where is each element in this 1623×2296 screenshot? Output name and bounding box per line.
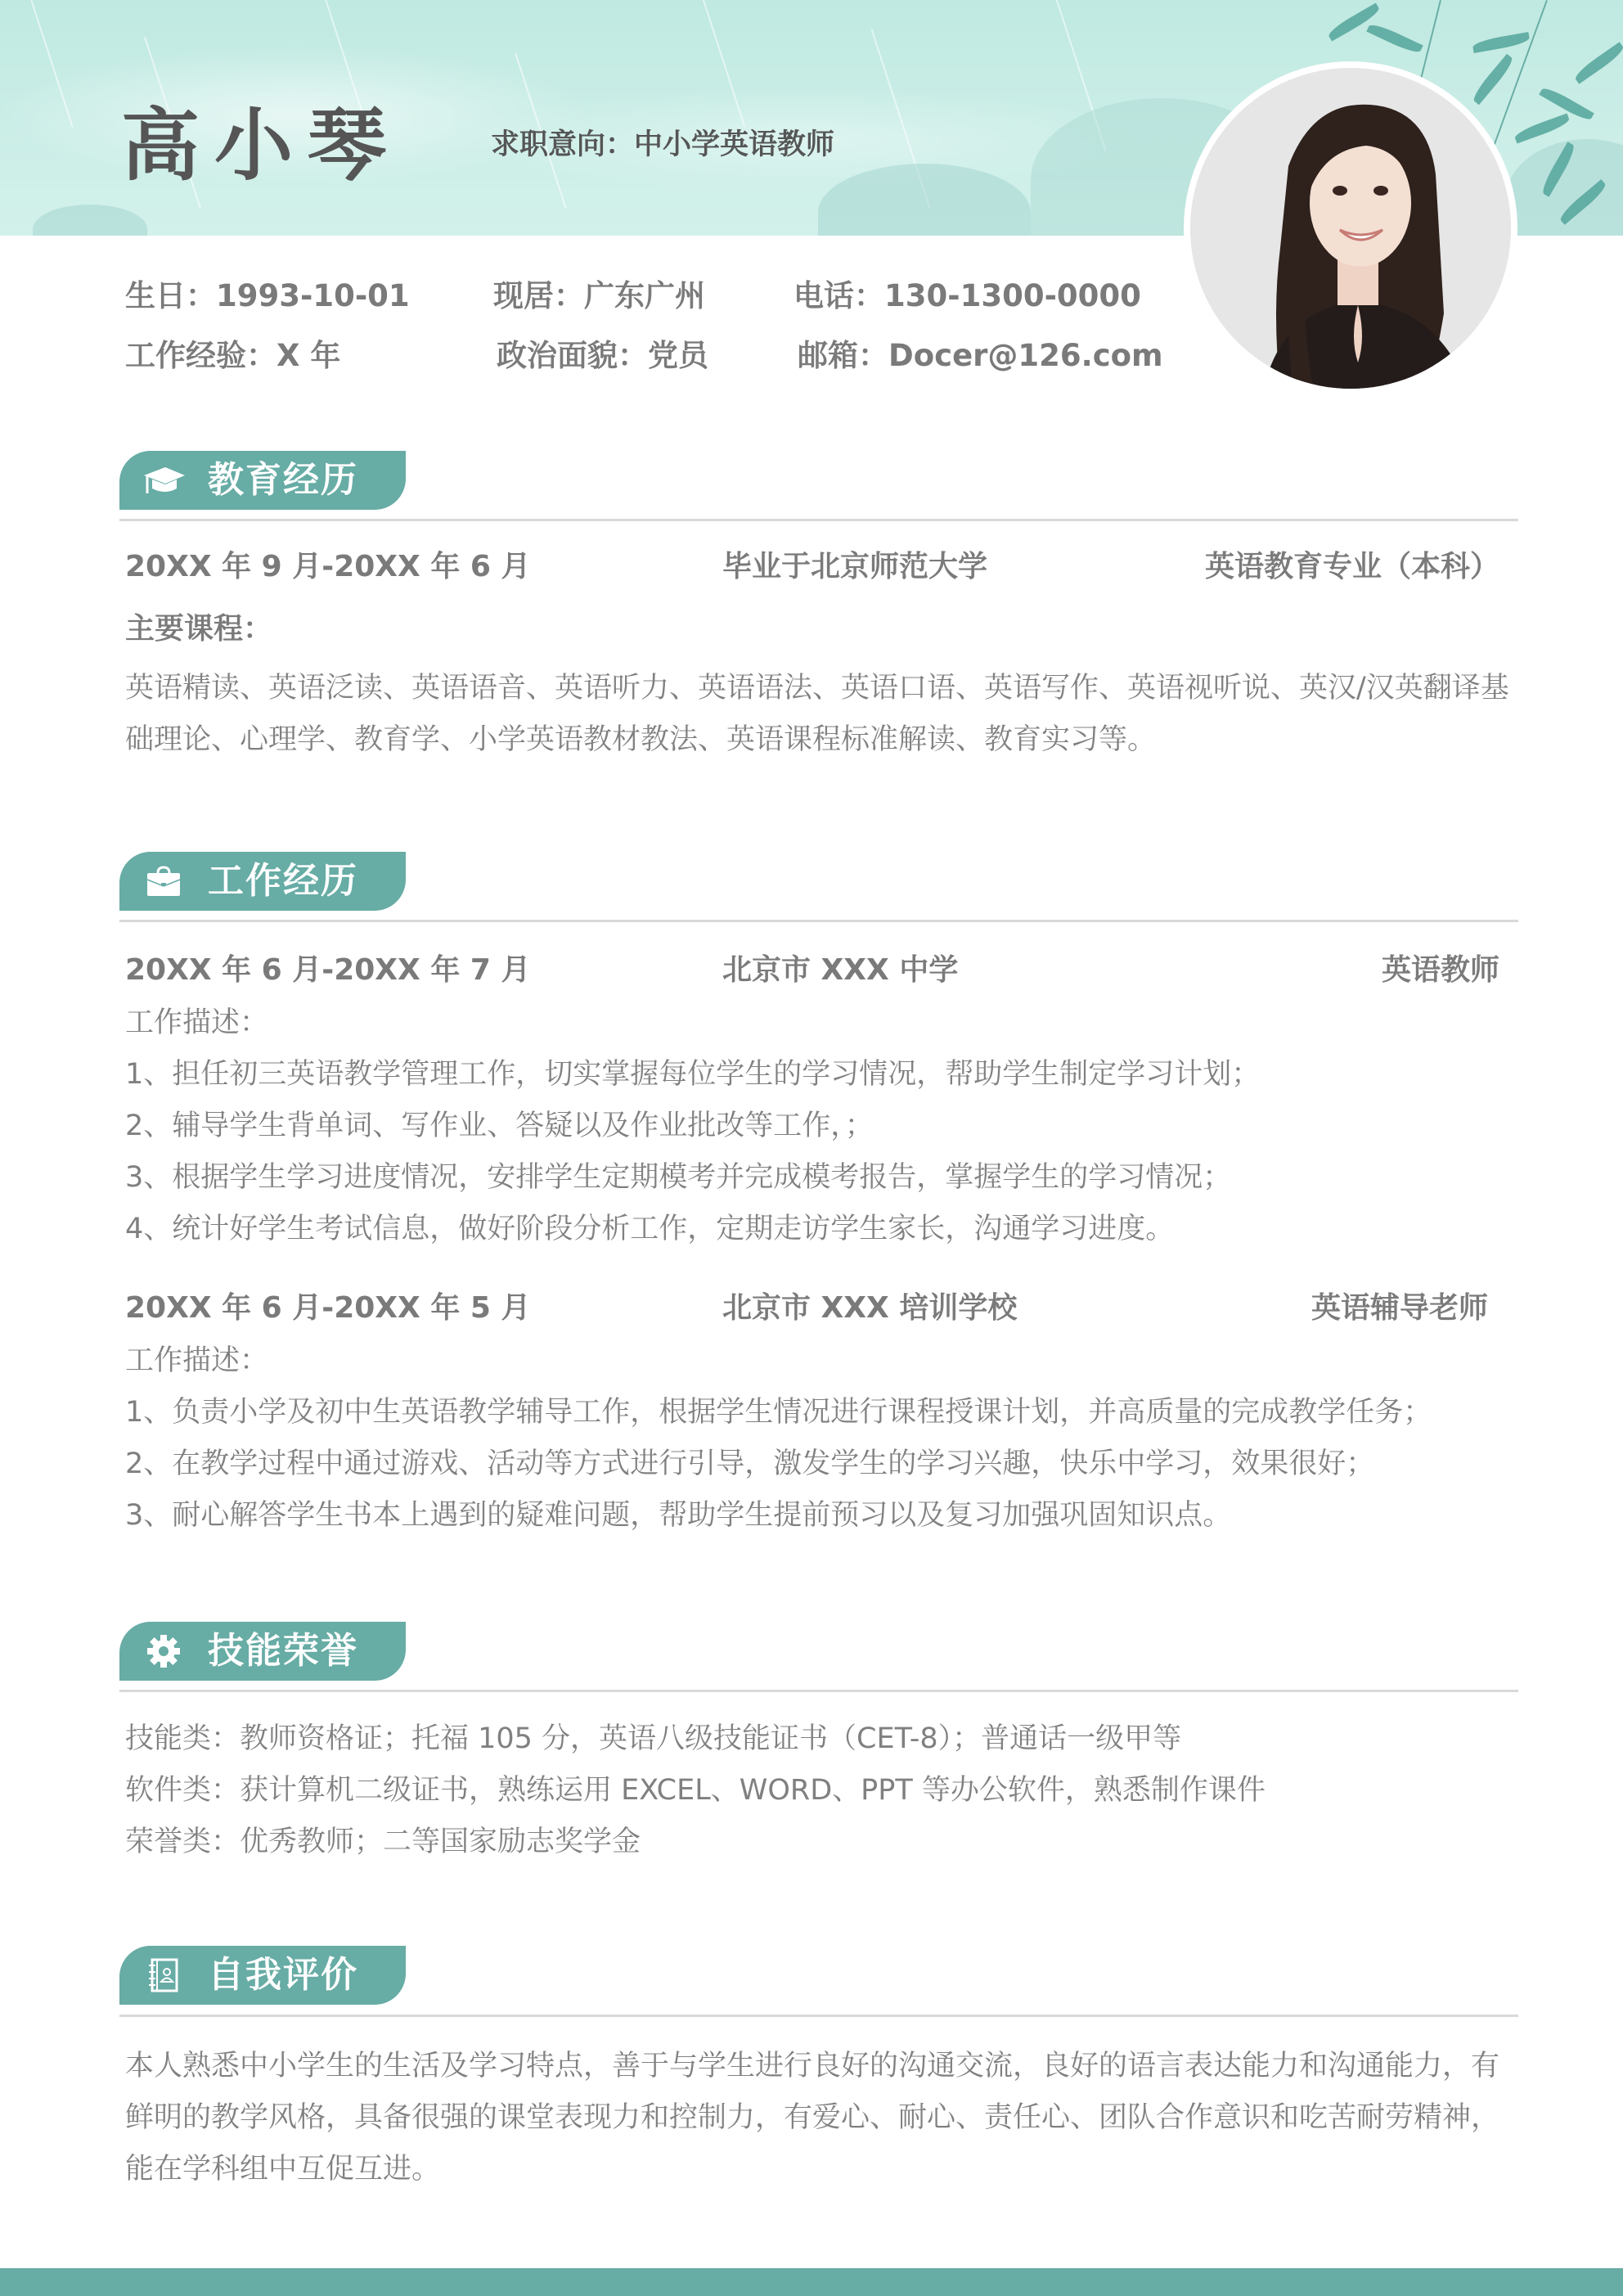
work-desc-label: 工作描述： <box>125 1342 268 1380</box>
footer-bar <box>0 2268 1623 2296</box>
entry-role: 英语教师 <box>1382 952 1499 989</box>
entry-date: 20XX 年 6 月-20XX 年 7 月 <box>125 952 530 989</box>
entry-school: 毕业于北京师范大学 <box>722 548 987 586</box>
section-tab-education: 教育经历 <box>119 451 406 510</box>
leaf-decoration <box>1513 113 1571 143</box>
section-title: 自我评价 <box>208 1946 358 2005</box>
info-political: 政治面貌：党员 <box>497 337 708 375</box>
section-divider <box>119 519 1518 521</box>
leaf-decoration <box>1572 42 1623 84</box>
info-email: 邮箱：Docer@126.com <box>798 337 1163 375</box>
section-tab-skills: 技能荣誉 <box>119 1622 406 1681</box>
graduation-cap-icon <box>139 462 188 498</box>
leaf-decoration <box>1470 54 1516 106</box>
avatar <box>1190 68 1511 389</box>
work-desc-item: 3、根据学生学习进度情况，安排学生定期模考并完成模考报告，掌握学生的学习情况； <box>125 1159 1231 1196</box>
candidate-name: 高小琴 <box>121 97 401 195</box>
info-experience: 工作经验：X 年 <box>125 337 340 375</box>
leaf-decoration <box>1472 32 1530 53</box>
courses-label: 主要课程： <box>125 610 272 648</box>
rain-streak <box>696 0 746 128</box>
work-desc-label: 工作描述： <box>125 1004 268 1042</box>
self-eval-text: 本人熟悉中小学生的生活及学习特点，善于与学生进行良好的沟通交流，良好的语言表达能… <box>125 2041 1516 2195</box>
info-phone: 电话：130-1300-0000 <box>794 277 1141 315</box>
skill-item: 技能类：教师资格证；托福 105 分，英语八级技能证书（CET-8）；普通话一级… <box>125 1720 1181 1758</box>
work-entry: 20XX 年 6 月-20XX 年 5 月 北京市 XXX 培训学校 英语辅导老… <box>125 1290 1499 1327</box>
info-birthday: 生日：1993-10-01 <box>125 277 410 315</box>
education-entry: 20XX 年 9 月-20XX 年 6 月 毕业于北京师范大学 英语教育专业（本… <box>125 548 1499 586</box>
entry-date: 20XX 年 6 月-20XX 年 5 月 <box>125 1290 530 1327</box>
portrait-illustration <box>1190 68 1511 389</box>
entry-role: 英语辅导老师 <box>1311 1290 1488 1327</box>
section-divider <box>119 920 1518 922</box>
work-desc-item: 4、统计好学生考试信息，做好阶段分析工作，定期走访学生家长，沟通学习进度。 <box>125 1210 1174 1248</box>
section-title: 工作经历 <box>208 852 358 911</box>
section-divider <box>119 1690 1518 1692</box>
contact-book-icon <box>139 1957 188 1993</box>
section-tab-self-eval: 自我评价 <box>119 1946 406 2005</box>
leaf-decoration <box>1326 2 1382 41</box>
skill-item: 软件类：获计算机二级证书，熟练运用 EXCEL、WORD、PPT 等办公软件，熟… <box>125 1772 1266 1809</box>
mountain-shape <box>33 205 147 236</box>
work-desc-item: 2、辅导学生背单词、写作业、答疑以及作业批改等工作，； <box>125 1107 874 1145</box>
job-intent: 求职意向：中小学英语教师 <box>491 127 834 163</box>
section-title: 教育经历 <box>208 451 358 510</box>
briefcase-icon <box>139 863 188 899</box>
skill-item: 荣誉类：优秀教师；二等国家励志奖学金 <box>125 1823 641 1861</box>
work-entry: 20XX 年 6 月-20XX 年 7 月 北京市 XXX 中学 英语教师 <box>125 952 1499 989</box>
entry-date: 20XX 年 9 月-20XX 年 6 月 <box>125 548 530 586</box>
entry-org: 北京市 XXX 培训学校 <box>722 1290 1017 1327</box>
leaf-decoration <box>1366 21 1423 56</box>
work-desc-item: 1、负责小学及初中生英语教学辅导工作，根据学生情况进行课程授课计划，并高质量的完… <box>125 1393 1432 1431</box>
work-desc-item: 3、耐心解答学生书本上遇到的疑难问题，帮助学生提前预习以及复习加强巩固知识点。 <box>125 1497 1231 1534</box>
gear-icon <box>139 1633 188 1669</box>
section-tab-work: 工作经历 <box>119 852 406 911</box>
entry-major: 英语教育专业（本科） <box>1205 548 1499 586</box>
work-desc-item: 1、担任初三英语教学管理工作，切实掌握每位学生的学习情况，帮助学生制定学习计划； <box>125 1056 1260 1093</box>
rain-streak <box>26 0 74 128</box>
section-title: 技能荣誉 <box>208 1622 358 1681</box>
section-divider <box>119 2015 1518 2017</box>
mountain-shape <box>818 164 1031 236</box>
courses-text: 英语精读、英语泛读、英语语音、英语听力、英语语法、英语口语、英语写作、英语视听说… <box>125 663 1516 766</box>
info-residence: 现居：广东广州 <box>493 277 705 315</box>
entry-org: 北京市 XXX 中学 <box>722 952 958 989</box>
work-desc-item: 2、在教学过程中通过游戏、活动等方式进行引导，激发学生的学习兴趣，快乐中学习，效… <box>125 1445 1374 1483</box>
